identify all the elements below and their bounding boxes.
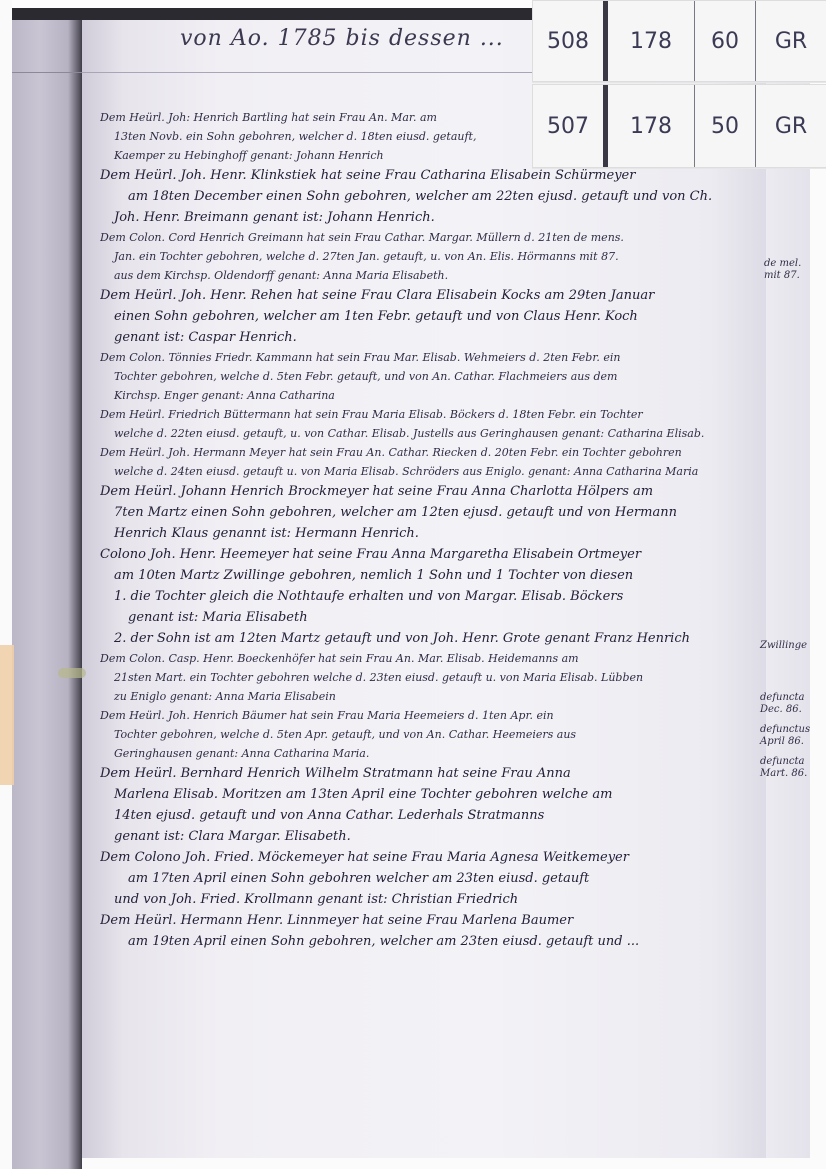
- entry-rehen: Dem Heürl. Joh. Henr. Rehen hat seine Fr…: [100, 285, 780, 348]
- scan-border-bottom: [82, 1158, 826, 1169]
- page-header: von Ao. 1785 bis dessen ...: [180, 26, 504, 51]
- margin-note-defuncta-1: defuncta Dec. 86.: [760, 692, 816, 716]
- entry-linnmeyer: Dem Heürl. Hermann Henr. Linnmeyer hat s…: [100, 910, 780, 952]
- card-cell-folio: 60: [695, 1, 756, 81]
- entry-bartling: Dem Heürl. Joh: Henrich Bartling hat sei…: [100, 108, 780, 165]
- margin-note-defunctus: defunctus April 86.: [760, 724, 816, 748]
- baptism-entries: Dem Heürl. Joh: Henrich Bartling hat sei…: [100, 108, 780, 952]
- right-margin-notes: Zwillinge defuncta Dec. 86. defunctus Ap…: [760, 640, 816, 780]
- entry-kammann: Dem Colon. Tönnies Friedr. Kammann hat s…: [100, 348, 780, 405]
- scanned-register-page: von Ao. 1785 bis dessen ... 508 178 60 G…: [0, 0, 826, 1169]
- reference-card-508: 508 178 60 GR: [532, 0, 826, 82]
- sticky-flag: [0, 645, 14, 785]
- entry-moeckemeyer: Dem Colono Joh. Fried. Möckemeyer hat se…: [100, 847, 780, 910]
- entry-stratmann: Dem Heürl. Bernhard Henrich Wilhelm Stra…: [100, 763, 780, 847]
- card-cell-number: 508: [533, 1, 608, 81]
- margin-note-twins: Zwillinge: [760, 640, 816, 652]
- gutter-ruling: [12, 72, 82, 73]
- entry-meyer: Dem Heürl. Joh. Hermann Meyer hat sein F…: [100, 443, 780, 481]
- entry-greimann: Dem Colon. Cord Henrich Greimann hat sei…: [100, 228, 780, 285]
- entry-buettermann: Dem Heürl. Friedrich Büttermann hat sein…: [100, 405, 780, 443]
- entry-baeumer: Dem Heürl. Joh. Henrich Bäumer hat sein …: [100, 706, 780, 763]
- entry-heemeyer-twins: Colono Joh. Henr. Heemeyer hat seine Fra…: [100, 544, 780, 649]
- margin-note-defuncta-2: defuncta Mart. 86.: [760, 756, 816, 780]
- ink-smudge: [58, 668, 86, 678]
- entry-boeckenhoefer: Dem Colon. Casp. Henr. Boeckenhöfer hat …: [100, 649, 780, 706]
- card-cell-volume: 178: [608, 1, 695, 81]
- scan-top-shadow: [12, 8, 542, 20]
- page-header-rule: [82, 72, 542, 73]
- book-gutter: [12, 20, 82, 1169]
- card-cell-code: GR: [756, 1, 826, 81]
- entry-klinkstiek: Dem Heürl. Joh. Henr. Klinkstiek hat sei…: [100, 165, 780, 228]
- entry-brockmeyer: Dem Heürl. Johann Henrich Brockmeyer hat…: [100, 481, 780, 544]
- scan-border-right: [810, 0, 826, 1169]
- scan-border-left: [0, 0, 12, 1169]
